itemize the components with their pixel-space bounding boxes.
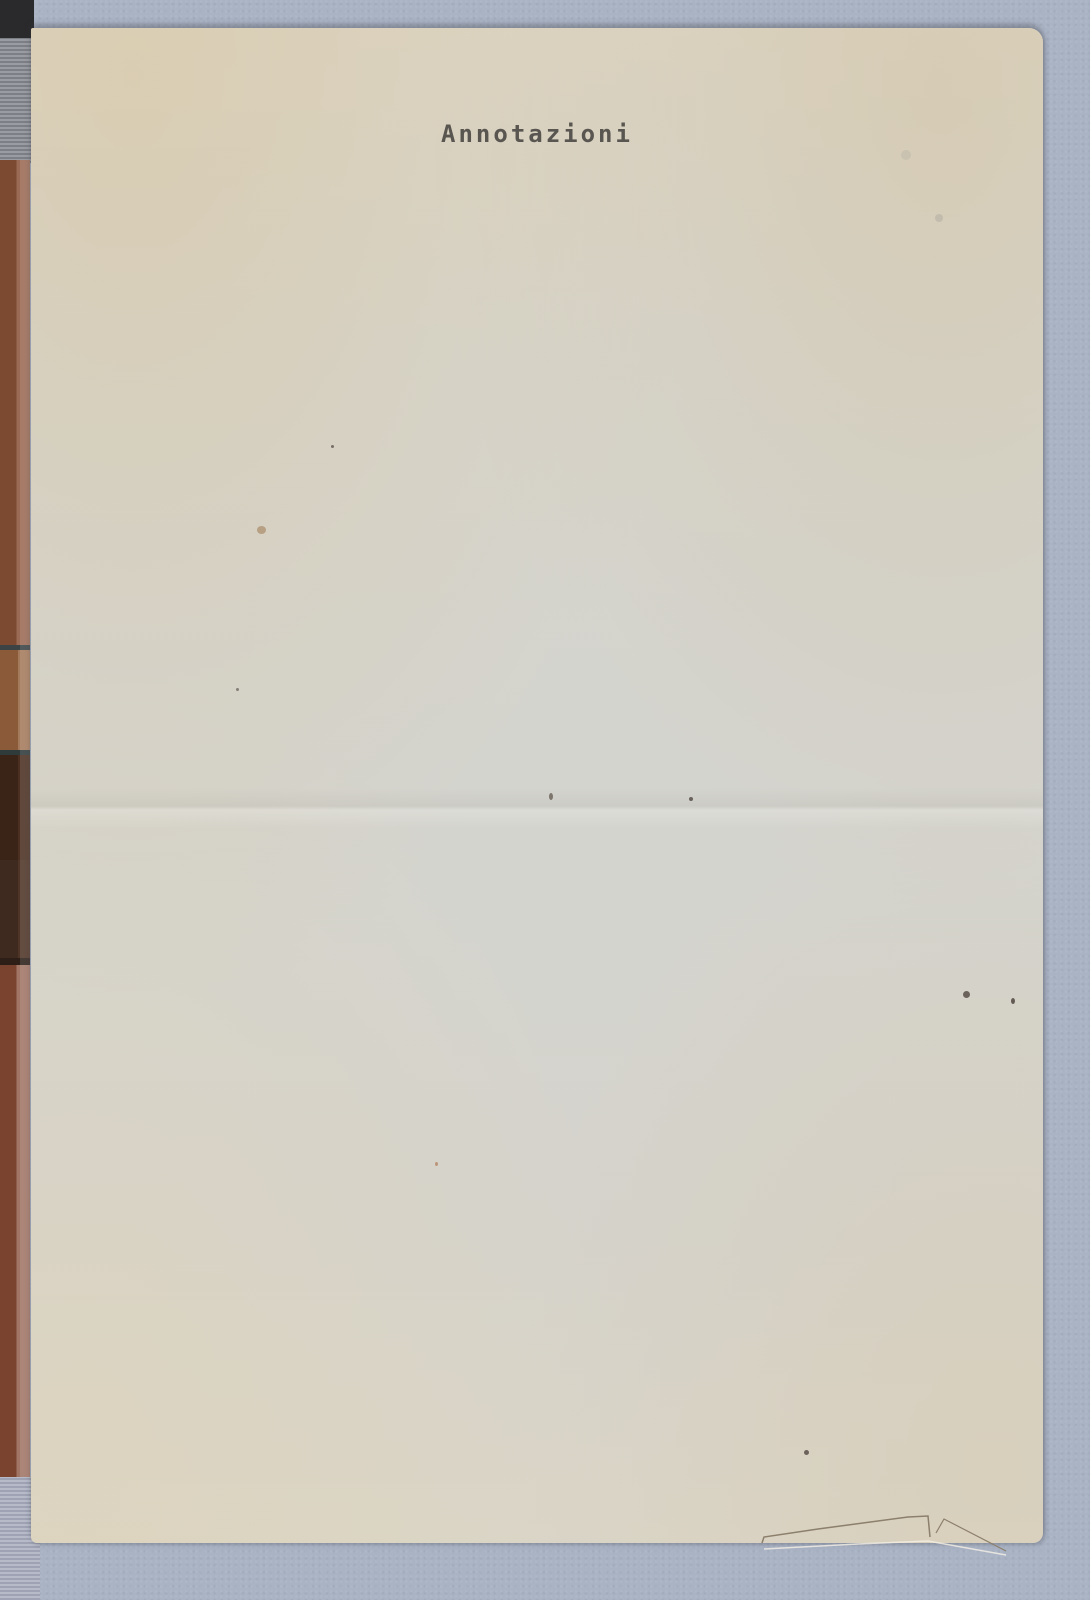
- paper-speck: [935, 214, 943, 222]
- paper-tear-mark: [758, 1511, 1018, 1561]
- paper-speck: [901, 150, 911, 160]
- paper-speck: [435, 1162, 438, 1166]
- paper-speck: [1011, 998, 1015, 1004]
- book-edge: [0, 965, 30, 1480]
- binding-ribbon-mesh: [0, 38, 34, 163]
- book-edge: [0, 860, 30, 960]
- page-heading: Annotazioni: [31, 120, 1043, 148]
- paper-speck: [257, 526, 266, 534]
- paper-speck: [549, 793, 553, 800]
- book-edge: [0, 160, 30, 645]
- paper-speck: [963, 991, 970, 998]
- paper-speck: [236, 688, 239, 691]
- book-edge: [0, 755, 30, 860]
- paper-speck: [331, 445, 334, 448]
- book-edge: [0, 650, 30, 750]
- paper-speck: [689, 797, 693, 801]
- document-page: Annotazioni: [31, 28, 1043, 1543]
- fold-crease: [31, 788, 1043, 828]
- paper-speck: [804, 1450, 809, 1455]
- binding-ribbon-top: [0, 0, 34, 38]
